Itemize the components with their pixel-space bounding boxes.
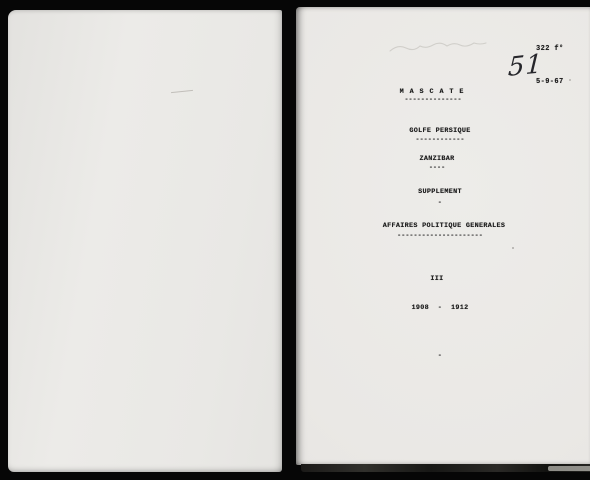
heading-affaires-politique: AFFAIRES POLITIQUE GENERALES bbox=[300, 222, 588, 230]
right-title-page: 322 f° 5-9-67 51 M A S C A T E ---------… bbox=[296, 7, 590, 465]
page-stack-edge bbox=[301, 464, 590, 472]
volume-number: III bbox=[293, 275, 581, 283]
scanned-book-spread: 322 f° 5-9-67 51 M A S C A T E ---------… bbox=[0, 0, 590, 480]
end-mark: - bbox=[296, 352, 584, 360]
handwritten-page-number: 51 bbox=[507, 49, 543, 83]
heading-supplement-dash: - bbox=[296, 199, 584, 207]
document-title: M A S C A T E bbox=[288, 88, 576, 96]
left-blank-page bbox=[8, 10, 282, 472]
heading-zanzibar: ZANZIBAR bbox=[293, 155, 581, 163]
heading-golfe-persique-underline: ------------ bbox=[296, 136, 584, 144]
pencil-mark bbox=[171, 90, 193, 93]
heading-golfe-persique: GOLFE PERSIQUE bbox=[296, 127, 584, 135]
scan-speck bbox=[512, 247, 514, 249]
heading-zanzibar-underline: ---- bbox=[293, 164, 581, 172]
document-title-underline: -------------- bbox=[289, 96, 577, 104]
heading-affaires-politique-underline: --------------------- bbox=[296, 232, 584, 240]
date-range: 1908 - 1912 bbox=[296, 304, 584, 312]
pencil-scribble bbox=[388, 37, 498, 61]
page-stack-highlight bbox=[548, 466, 590, 471]
scan-speck bbox=[569, 79, 571, 81]
heading-supplement: SUPPLEMENT bbox=[296, 188, 584, 196]
